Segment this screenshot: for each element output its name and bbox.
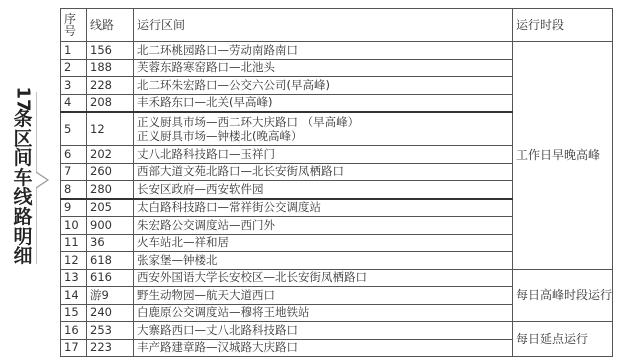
cell-line: 900 [87, 217, 134, 235]
side-title-char: 细 [13, 247, 32, 267]
header-line: 线路 [87, 9, 134, 42]
route-table: 序号 线路 运行区间 运行时段 1 156 北二环桃园路口—劳动南路南口 工作日… [60, 8, 613, 357]
cell-section: 张家堡—钟楼北 [134, 252, 513, 270]
cell-seq: 13 [61, 269, 87, 287]
cell-section: 大寨路西口—丈八北路科技路口 [134, 322, 513, 340]
cell-line: 202 [87, 146, 134, 164]
table-row: 1 156 北二环桃园路口—劳动南路南口 工作日早晚高峰 [61, 42, 613, 60]
cell-section-line2: 正义厨具市场—钟楼北(晚高峰） [137, 129, 512, 143]
table-row: 13 616 西安外国语大学长安校区—北长安街凤栖路口 每日高峰时段运行 [61, 269, 613, 287]
cell-seq: 9 [61, 199, 87, 217]
cell-seq: 3 [61, 77, 87, 95]
header-section: 运行区间 [134, 9, 513, 42]
cell-section: 丰禾路东口—北关(早高峰) [134, 94, 513, 112]
cell-seq: 16 [61, 322, 87, 340]
cell-seq: 1 [61, 42, 87, 60]
cell-section: 火车站北—祥和居 [134, 234, 513, 252]
cell-section: 芙蓉东路寒窑路口—北池头 [134, 59, 513, 77]
cell-seq: 11 [61, 234, 87, 252]
cell-seq: 12 [61, 252, 87, 270]
cell-section: 北二环朱宏路口—公交六公司(早高峰) [134, 77, 513, 95]
side-title: 17 条 区 间 车 线 路 明 细 [11, 88, 35, 266]
bracket-arrow-icon [36, 92, 50, 264]
cell-line: 260 [87, 163, 134, 181]
cell-seq: 10 [61, 217, 87, 235]
cell-line: 228 [87, 77, 134, 95]
side-title-char: 条 [13, 110, 32, 130]
cell-seq: 17 [61, 339, 87, 357]
cell-line: 253 [87, 322, 134, 340]
cell-section: 丰产路建章路—汉城路大庆路口 [134, 339, 513, 357]
cell-seq: 5 [61, 112, 87, 146]
cell-section: 太白路科技路口—常祥街公交调度站 [134, 199, 513, 217]
cell-line: 618 [87, 252, 134, 270]
cell-line: 205 [87, 199, 134, 217]
cell-section: 北二环桃园路口—劳动南路南口 [134, 42, 513, 60]
cell-line: 188 [87, 59, 134, 77]
cell-seq: 15 [61, 304, 87, 322]
cell-line: 240 [87, 304, 134, 322]
cell-period: 每日高峰时段运行 [513, 269, 613, 322]
cell-section: 朱宏路公交调度站—西门外 [134, 217, 513, 235]
cell-line: 156 [87, 42, 134, 60]
cell-period: 每日延点运行 [513, 322, 613, 357]
side-title-char: 路 [13, 208, 32, 228]
cell-section: 长安区政府—西安软件园 [134, 181, 513, 199]
cell-line: 223 [87, 339, 134, 357]
cell-section: 正义厨具市场—西二环大庆路口 （早高峰） 正义厨具市场—钟楼北(晚高峰） [134, 112, 513, 146]
side-title-char: 间 [13, 149, 32, 169]
cell-line: 208 [87, 94, 134, 112]
cell-seq: 8 [61, 181, 87, 199]
cell-seq: 4 [61, 94, 87, 112]
cell-seq: 2 [61, 59, 87, 77]
cell-section: 野生动物园—航天大道西口 [134, 287, 513, 305]
cell-seq: 7 [61, 163, 87, 181]
cell-section: 丈八北路科技路口—玉祥门 [134, 146, 513, 164]
table-header-row: 序号 线路 运行区间 运行时段 [61, 9, 613, 42]
cell-section-line1: 正义厨具市场—西二环大庆路口 （早高峰） [137, 115, 512, 129]
cell-period: 工作日早晚高峰 [513, 42, 613, 270]
table-row: 16 253 大寨路西口—丈八北路科技路口 每日延点运行 [61, 322, 613, 340]
header-period: 运行时段 [513, 9, 613, 42]
cell-line: 游9 [87, 287, 134, 305]
cell-section: 西安外国语大学长安校区—北长安街凤栖路口 [134, 269, 513, 287]
cell-line: 280 [87, 181, 134, 199]
cell-seq: 14 [61, 287, 87, 305]
cell-line: 12 [87, 112, 134, 146]
cell-section: 白鹿原公交调度站—穆将王地铁站 [134, 304, 513, 322]
cell-line: 616 [87, 269, 134, 287]
side-title-number: 17 [12, 86, 34, 111]
header-seq: 序号 [61, 9, 87, 42]
cell-seq: 6 [61, 146, 87, 164]
cell-section: 西部大道文苑北路口—北长安街凤栖路口 [134, 163, 513, 181]
cell-line: 36 [87, 234, 134, 252]
